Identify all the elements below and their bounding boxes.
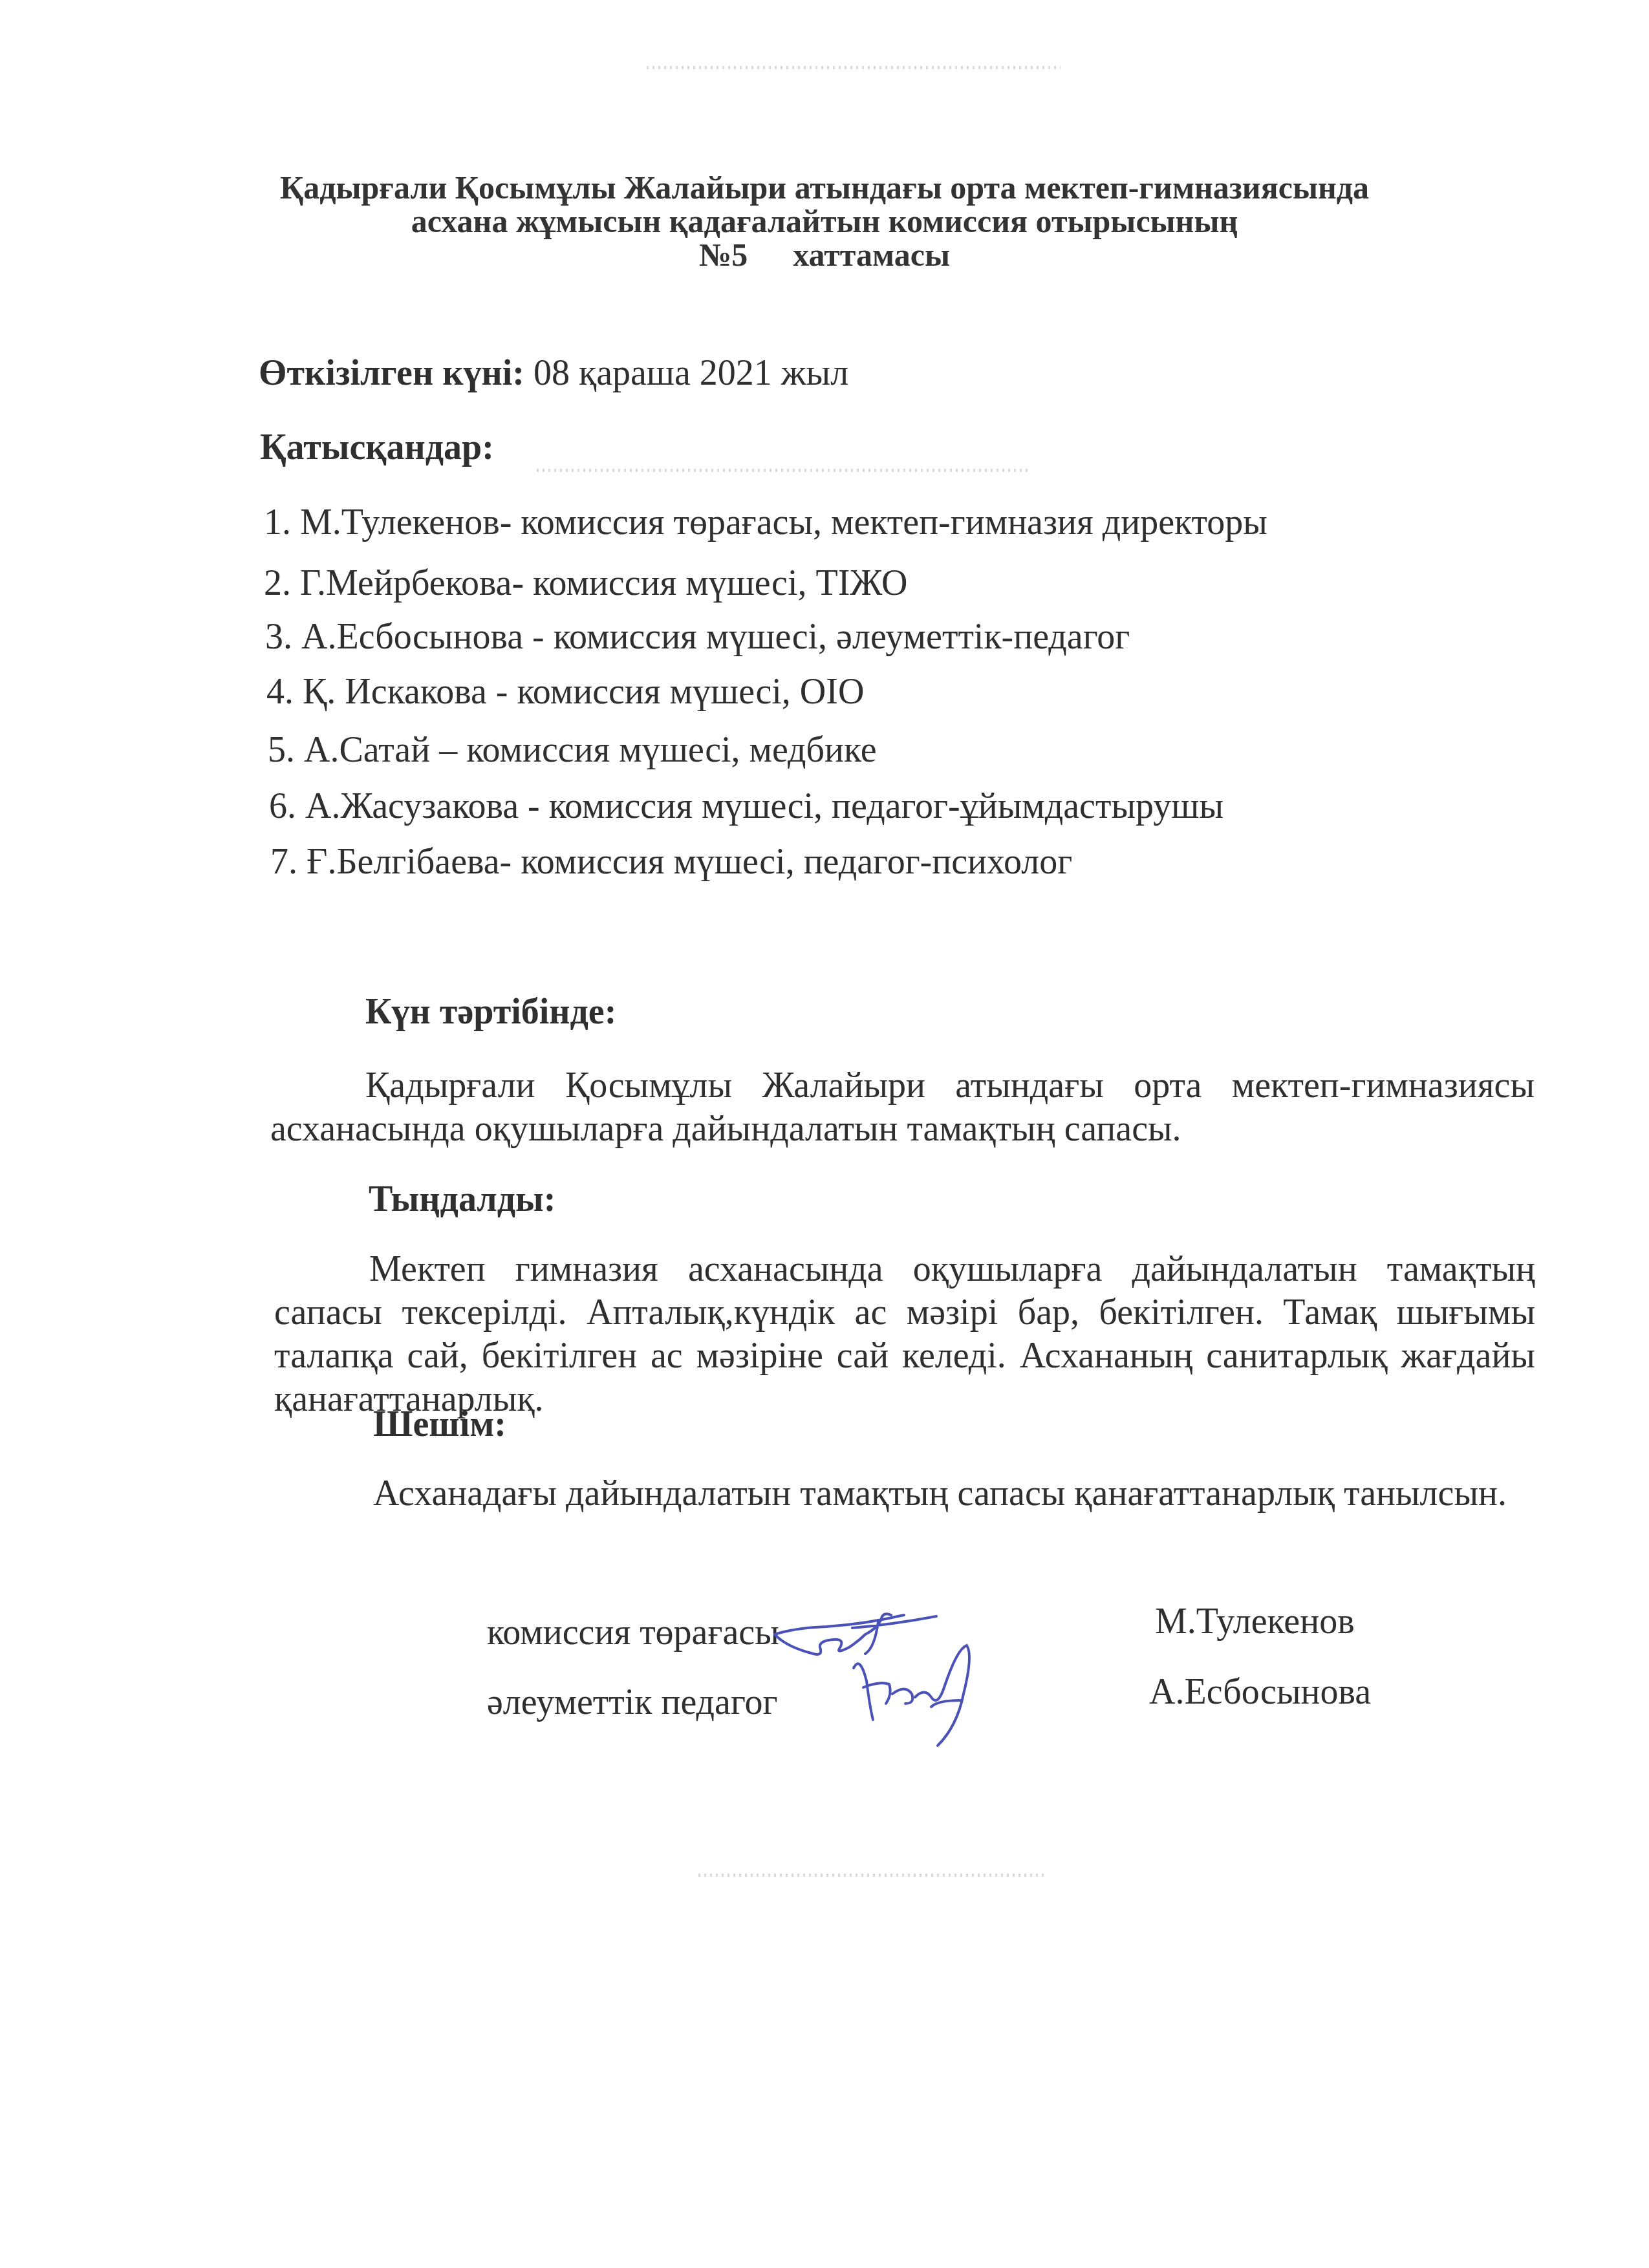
meeting-date-value: 08 қараша 2021 жыл: [533, 353, 848, 393]
decision-text: Асханадағы дайындалатын тамақтың сапасы …: [373, 1473, 1507, 1514]
participant-item: 5. А.Сатай – комиссия мүшесі, медбике: [268, 729, 877, 771]
decision-heading: Шешім:: [373, 1404, 506, 1445]
signature-role-chair: комиссия төрағасы: [487, 1612, 779, 1653]
heard-heading: Тыңдалды:: [369, 1179, 556, 1220]
heard-text: Мектеп гимназия асханасында оқушыларға д…: [274, 1248, 1535, 1421]
scan-artifact-participants: [537, 469, 1028, 472]
protocol-word: хаттамасы: [793, 237, 950, 273]
participant-item: 6. А.Жасузакова - комиссия мүшесі, педаг…: [269, 786, 1223, 827]
participant-item: 2. Г.Мейрбекова- комиссия мүшесі, ТІЖО: [264, 562, 908, 604]
agenda-heading: Күн тәртібінде:: [365, 991, 616, 1032]
participant-item: 3. А.Есбосынова - комиссия мүшесі, әлеум…: [265, 616, 1130, 658]
meeting-date: Өткізілген күні: 08 қараша 2021 жыл: [259, 352, 848, 394]
document-title: Қадырғали Қосымұлы Жалайыри атындағы орт…: [0, 171, 1649, 272]
title-line-3: №5хаттамасы: [0, 238, 1649, 272]
scan-artifact-top: [647, 66, 1061, 69]
agenda-text: Қадырғали Қосымұлы Жалайыри атындағы орт…: [270, 1064, 1535, 1151]
signature-name-social-pedagogue: А.Есбосынова: [1149, 1671, 1371, 1713]
title-line-1: Қадырғали Қосымұлы Жалайыри атындағы орт…: [0, 171, 1649, 204]
signature-role-social-pedagogue: әлеуметтік педагог: [487, 1682, 778, 1723]
meeting-date-label: Өткізілген күні:: [259, 353, 524, 393]
participant-item: 7. Ғ.Белгібаева- комиссия мүшесі, педаго…: [270, 841, 1072, 883]
title-line-2: асхана жұмысын қадағалайтын комиссия оты…: [0, 204, 1649, 238]
participant-item: 1. М.Тулекенов- комиссия төрағасы, мекте…: [264, 502, 1267, 543]
participants-heading: Қатысқандар:: [260, 427, 494, 468]
scan-artifact-bottom: [698, 1874, 1048, 1877]
participant-item: 4. Қ. Искакова - комиссия мүшесі, ОІО: [266, 671, 864, 712]
protocol-number: №5: [699, 237, 748, 273]
signature-name-chair: М.Тулекенов: [1155, 1601, 1355, 1642]
handwritten-signature-social-pedagogue: [841, 1642, 983, 1749]
